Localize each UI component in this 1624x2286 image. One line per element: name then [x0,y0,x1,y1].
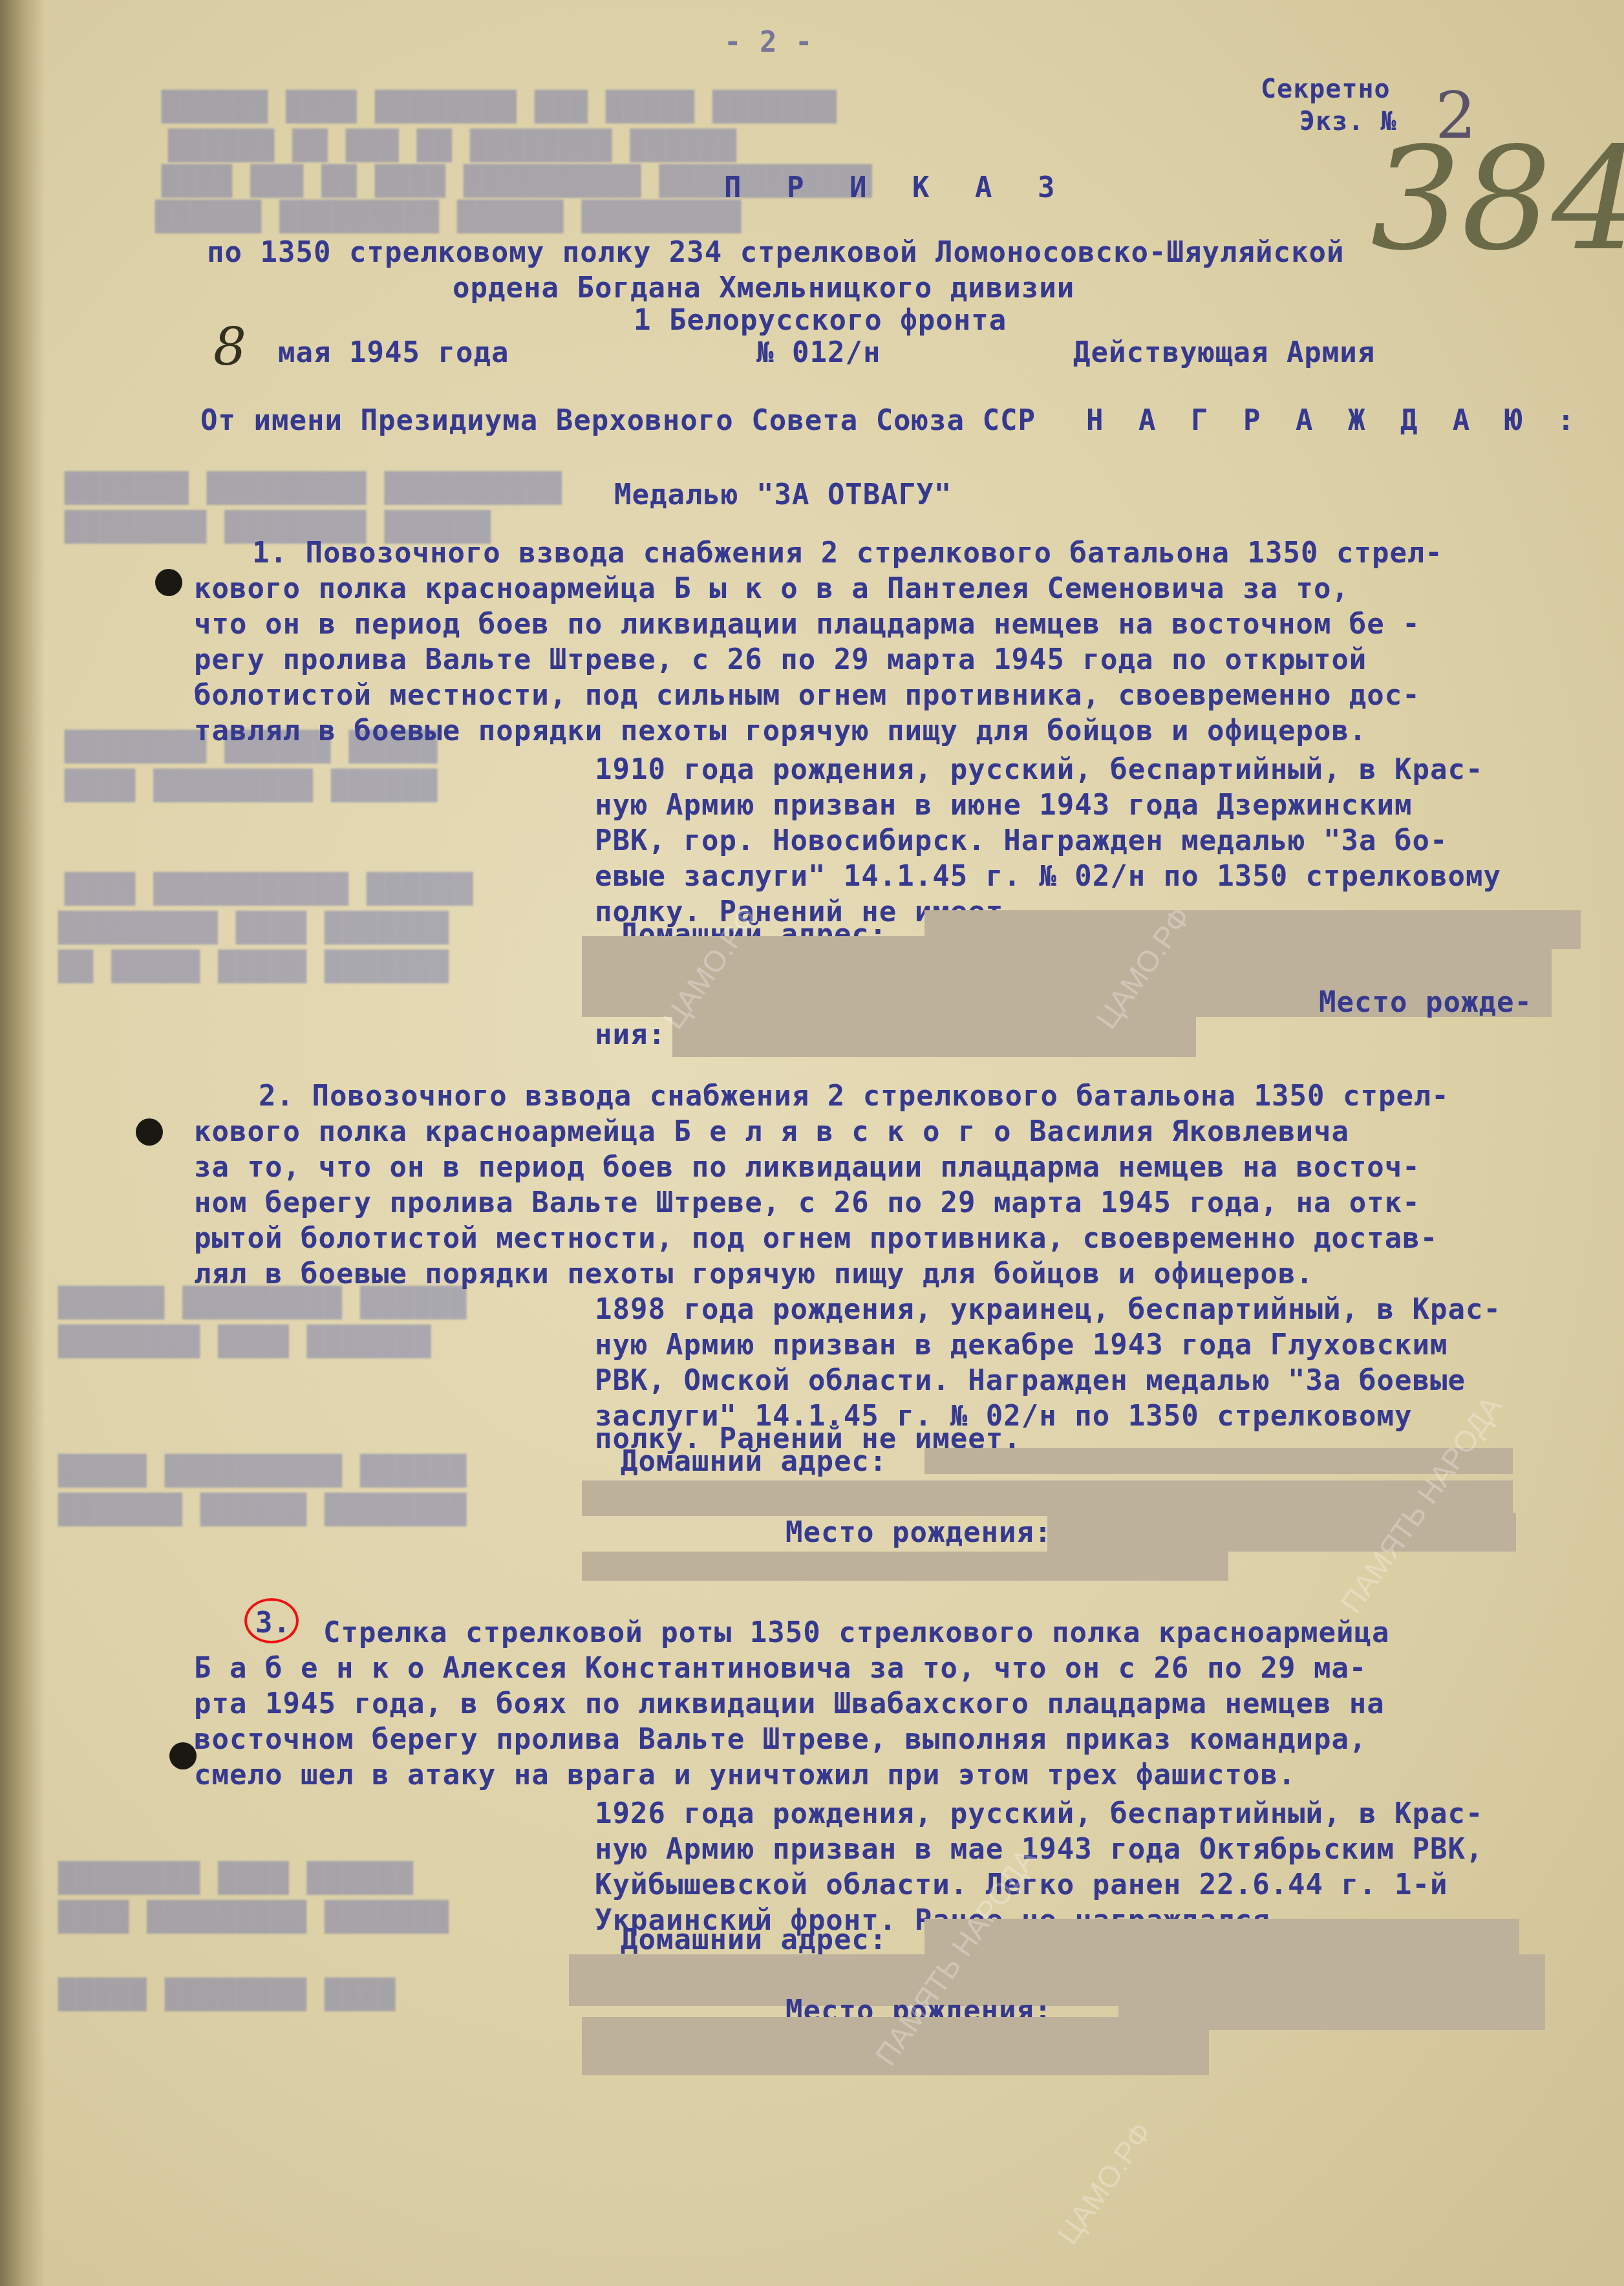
redacted-birthplace [1047,1513,1516,1552]
entry-text-line: лял в боевые порядки пехоты горячую пищу… [194,1257,1314,1290]
home-address-label: Домашний адрес: [621,1923,887,1956]
redacted-birthplace [582,1552,1228,1581]
punch-hole [136,1118,163,1146]
handwritten-date-day: 8 [213,317,246,377]
entry-bio-line: 1910 года рождения, русский, беспартийны… [595,753,1484,786]
medal-heading: Медалью "ЗА ОТВАГУ" [614,478,952,511]
entry-text-line: смело шел в атаку на врага и уничтожил п… [194,1758,1296,1791]
entry-text-line: Б а б е н к о Алексея Константиновича за… [194,1652,1367,1685]
entry-bio-line: 1898 года рождения, украинец, беспартийн… [595,1293,1501,1326]
entry-text-line: рытой болотистой местности, под огнем пр… [194,1222,1438,1255]
order-title: П Р И К А З [724,171,1069,204]
entry-text-line: кового полка красноармейца Б ы к о в а П… [194,572,1349,605]
order-addressee-2: ордена Богдана Хмельницкого дивизии [453,272,1074,304]
watermark: ЦАМО.РФ [1050,2116,1159,2251]
birthplace-label: Место рождения: [785,1516,1052,1549]
entry-bio-line: ную Армию призван в июне 1943 года Дзерж… [595,789,1413,822]
entry-bio-line: евые заслуги" 14.1.45 г. № 02/н по 1350 … [595,860,1501,893]
handwritten-folio-number: 384 [1371,116,1624,282]
page-mark: - 2 - [724,26,813,59]
entry-text-line: регу пролива Вальте Штреве, с 26 по 29 м… [194,643,1367,676]
punch-hole [169,1742,197,1769]
entry-text-line: ном берегу пролива Вальте Штреве, с 26 п… [194,1186,1420,1219]
birthplace-label: ния: [595,1018,666,1051]
entry-text-line: Стрелка стрелковой роты 1350 стрелкового… [323,1616,1389,1649]
birthplace-label: Место рожде- [1319,986,1532,1019]
entry-bio-line: РВК, гор. Новосибирск. Награжден медалью… [595,824,1448,857]
order-number: № 012/н [756,336,881,369]
order-preamble: От имени Президиума Верховного Совета Со… [200,404,1036,437]
order-addressee-3: 1 Белорусского фронта [634,304,1007,337]
entry-text-line: болотистой местности, под сильным огнем … [194,679,1420,712]
secrecy-stamp: Секретно [1261,74,1391,104]
redacted-home-address [924,1919,1519,1954]
entry-text-line: за то, что он в период боев по ликвидаци… [194,1151,1420,1184]
page-edge-shadow [0,0,45,2286]
order-date: мая 1945 года [278,336,509,369]
entry-text-line: восточном берегу пролива Вальте Штреве, … [194,1723,1367,1756]
order-location: Действующая Армия [1073,336,1375,369]
award-verb: Н А Г Р А Ж Д А Ю : [1086,404,1583,437]
entry-text-line: 2. Повозочного взвода снабжения 2 стрелк… [259,1080,1449,1113]
entry-text-line: кового полка красноармейца Б е л я в с к… [194,1115,1349,1148]
redacted-home-address [582,1480,1513,1516]
entry-text-line: что он в период боев по ликвидации плацд… [194,608,1420,641]
entry-text-line: рта 1945 года, в боях по ликвидации Шваб… [194,1687,1385,1720]
entry-bio-line: ную Армию призван в декабре 1943 года Гл… [595,1329,1448,1362]
home-address-label: Домашний адрес: [621,1445,887,1478]
entry-bio-line: РВК, Омской области. Награжден медалью "… [595,1364,1466,1397]
order-addressee-1: по 1350 стрелковому полку 234 стрелковой… [207,236,1344,269]
entry-text-line: тавлял в боевые порядки пехоты горячую п… [194,714,1367,747]
entry-bio-line: 1926 года рождения, русский, беспартийны… [595,1797,1484,1830]
entry-number: 3. [255,1607,291,1640]
punch-hole [155,569,182,596]
entry-text-line: 1. Повозочного взвода снабжения 2 стрелк… [252,537,1443,570]
archival-document-page: ██████ ████ ████████ ███ █████ ███████ █… [0,0,1624,2286]
